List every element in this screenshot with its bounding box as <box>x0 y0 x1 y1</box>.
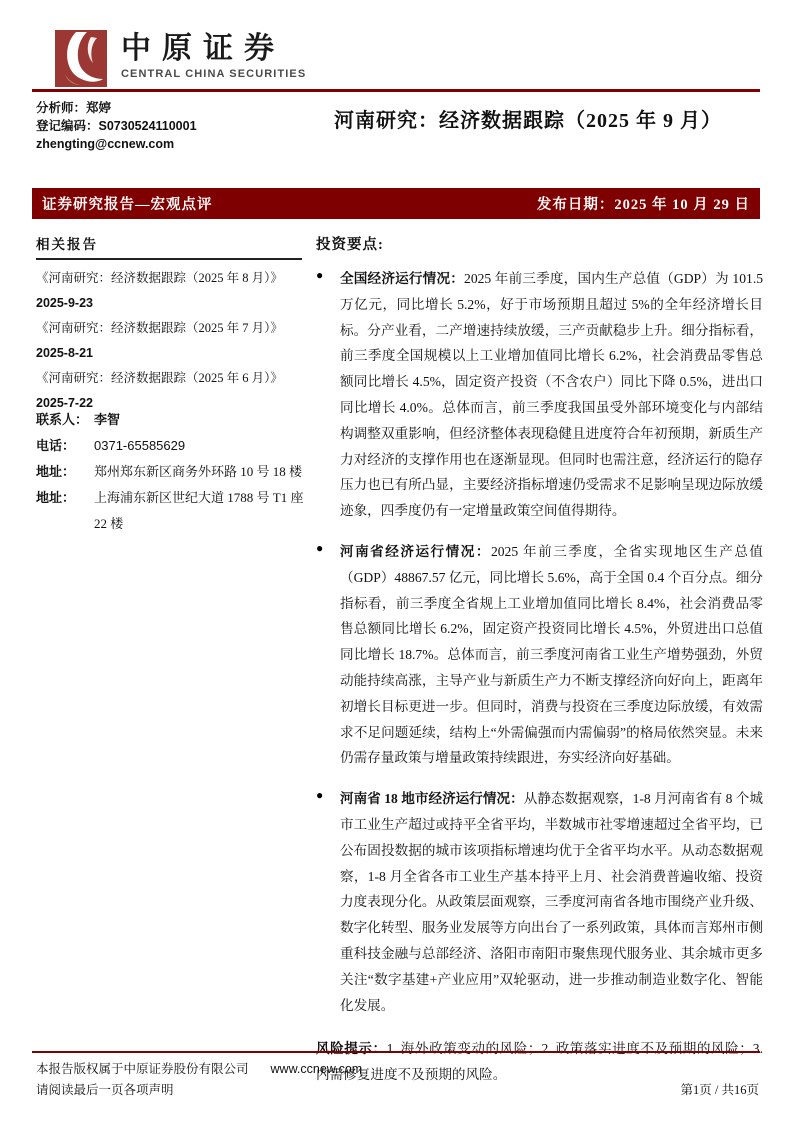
bullet-icon: ● <box>316 539 340 771</box>
company-logo-text: 中原证券 CENTRAL CHINA SECURITIES <box>121 30 306 80</box>
reg-code-line: 登记编码：S0730524110001 <box>36 117 197 135</box>
disclaimer-text: 请阅读最后一页各项声明 <box>36 1080 362 1101</box>
bullet-lead: 河南省 18 地市经济运行情况： <box>340 791 524 806</box>
page-title: 河南研究：经济数据跟踪（2025 年 9 月） <box>295 104 761 133</box>
bullet-icon: ● <box>316 266 340 524</box>
copyright-line: 本报告版权属于中原证券股份有限公司www.ccnew.com <box>36 1059 362 1080</box>
related-report-date: 2025-9-23 <box>36 291 302 316</box>
company-name-cn: 中原证券 <box>121 32 306 66</box>
footer-divider <box>32 1051 760 1053</box>
contact-section: 联系人： 李智 电话： 0371-65585629 地址： 郑州郑东新区商务外环… <box>36 407 312 537</box>
reg-code: S0730524110001 <box>99 119 197 133</box>
footer-left: 本报告版权属于中原证券股份有限公司www.ccnew.com 请阅读最后一页各项… <box>36 1059 362 1101</box>
related-reports-list: 《河南研究：经济数据跟踪（2025 年 8 月）》 2025-9-23 《河南研… <box>36 266 302 416</box>
address-value: 郑州郑东新区商务外环路 10 号 18 楼 <box>94 459 312 485</box>
company-logo: 中原证券 CENTRAL CHINA SECURITIES <box>55 30 306 87</box>
report-page: 中原证券 CENTRAL CHINA SECURITIES 分析师：郑婷 登记编… <box>0 0 793 1122</box>
address-label: 地址： <box>36 485 94 537</box>
related-reports-title: 相关报告 <box>36 233 302 260</box>
bullet-text: 全国经济运行情况：2025 年前三季度，国内生产总值（GDP）为 101.5 万… <box>340 266 763 524</box>
analyst-label: 分析师： <box>36 101 86 115</box>
related-report-title: 《河南研究：经济数据跟踪（2025 年 6 月）》 <box>36 366 302 391</box>
analyst-email: zhengting@ccnew.com <box>36 135 197 153</box>
address-label: 地址： <box>36 459 94 485</box>
bullet-national-economy: ● 全国经济运行情况：2025 年前三季度，国内生产总值（GDP）为 101.5… <box>316 266 763 524</box>
company-logo-icon <box>55 30 107 87</box>
bullet-icon: ● <box>316 786 340 1018</box>
bullet-paragraph: 从静态数据观察，1-8 月河南省有 8 个城市工业生产超过或持平全省平均，半数城… <box>340 791 763 1012</box>
report-type-banner: 证券研究报告—宏观点评 发布日期：2025 年 10 月 29 日 <box>32 188 760 219</box>
page-number: 第1页 / 共16页 <box>681 1080 759 1098</box>
header-divider <box>32 89 760 92</box>
bullet-lead: 全国经济运行情况： <box>340 271 464 286</box>
company-name-en: CENTRAL CHINA SECURITIES <box>121 68 306 80</box>
phone-number: 0371-65585629 <box>94 433 312 459</box>
analyst-line: 分析师：郑婷 <box>36 99 197 117</box>
related-report-title: 《河南研究：经济数据跟踪（2025 年 7 月）》 <box>36 316 302 341</box>
related-reports-section: 相关报告 《河南研究：经济数据跟踪（2025 年 8 月）》 2025-9-23… <box>36 233 302 416</box>
address-row-2: 地址： 上海浦东新区世纪大道 1788 号 T1 座 22 楼 <box>36 485 312 537</box>
list-item: 《河南研究：经济数据跟踪（2025 年 8 月）》 2025-9-23 <box>36 266 302 316</box>
bullet-text: 河南省 18 地市经济运行情况：从静态数据观察，1-8 月河南省有 8 个城市工… <box>340 786 763 1018</box>
list-item: 《河南研究：经济数据跟踪（2025 年 7 月）》 2025-8-21 <box>36 316 302 366</box>
copyright-text: 本报告版权属于中原证券股份有限公司 <box>36 1062 249 1076</box>
bullet-text: 河南省经济运行情况：2025 年前三季度，全省实现地区生产总值（GDP）4886… <box>340 539 763 771</box>
bullet-henan-economy: ● 河南省经济运行情况：2025 年前三季度，全省实现地区生产总值（GDP）48… <box>316 539 763 771</box>
phone-row: 电话： 0371-65585629 <box>36 433 312 459</box>
contact-name: 李智 <box>94 407 312 433</box>
risk-warning-label: 风险提示： <box>316 1041 387 1056</box>
phone-label: 电话： <box>36 433 94 459</box>
section-heading: 投资要点: <box>316 233 763 254</box>
reg-label: 登记编码： <box>36 119 99 133</box>
contact-person-row: 联系人： 李智 <box>36 407 312 433</box>
contact-label: 联系人： <box>36 407 94 433</box>
bullet-paragraph: 2025 年前三季度，全省实现地区生产总值（GDP）48867.57 亿元，同比… <box>340 544 763 765</box>
publish-date: 发布日期：2025 年 10 月 29 日 <box>537 193 750 214</box>
address-value: 上海浦东新区世纪大道 1788 号 T1 座 22 楼 <box>94 485 312 537</box>
website-link: www.ccnew.com <box>271 1062 363 1076</box>
analyst-info: 分析师：郑婷 登记编码：S0730524110001 zhengting@ccn… <box>36 99 197 153</box>
report-type-label: 证券研究报告—宏观点评 <box>42 193 213 214</box>
bullet-henan-cities: ● 河南省 18 地市经济运行情况：从静态数据观察，1-8 月河南省有 8 个城… <box>316 786 763 1018</box>
bullet-paragraph: 2025 年前三季度，国内生产总值（GDP）为 101.5 万亿元，同比增长 5… <box>340 271 763 518</box>
analyst-name: 郑婷 <box>86 101 111 115</box>
bullet-lead: 河南省经济运行情况： <box>340 544 491 559</box>
address-row-1: 地址： 郑州郑东新区商务外环路 10 号 18 楼 <box>36 459 312 485</box>
investment-summary-section: 投资要点: ● 全国经济运行情况：2025 年前三季度，国内生产总值（GDP）为… <box>316 233 763 1088</box>
related-report-title: 《河南研究：经济数据跟踪（2025 年 8 月）》 <box>36 266 302 291</box>
related-report-date: 2025-8-21 <box>36 341 302 366</box>
